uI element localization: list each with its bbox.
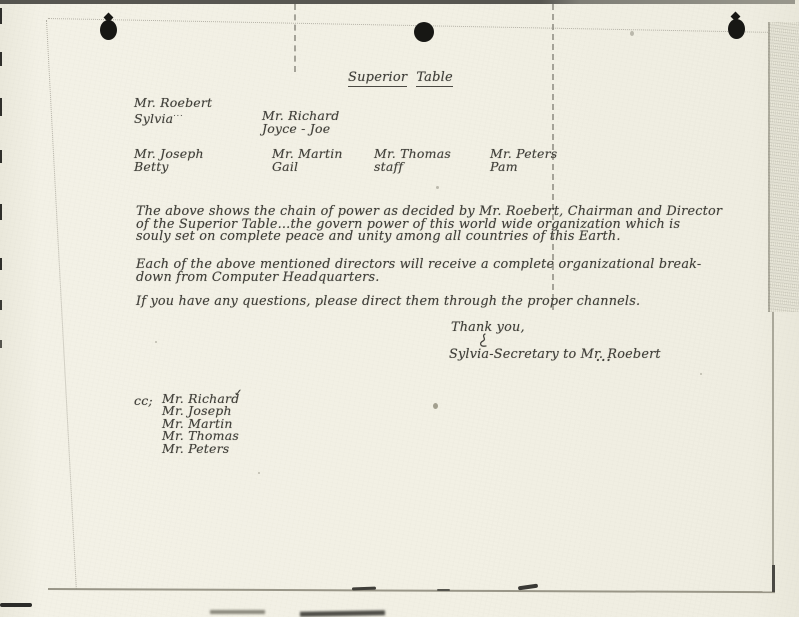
dust-speck	[630, 31, 634, 36]
scan-edge-bottom-dash	[0, 603, 32, 607]
cc-list: Mr. Richard Mr. Joseph Mr. Martin Mr. Th…	[162, 393, 239, 455]
org-cell-line1: Mr. Roebert	[134, 97, 212, 110]
inner-frame-top	[48, 18, 770, 33]
scan-edge-left-tick	[0, 340, 2, 348]
org-cell-marks: ···	[173, 112, 183, 120]
bottom-smudge	[300, 610, 385, 616]
page-title-word: Table	[416, 70, 453, 87]
scan-noise-band	[768, 22, 799, 312]
bottom-smudge	[210, 610, 265, 614]
cc-label: cc;	[134, 393, 153, 408]
org-cell-line2: Betty	[134, 161, 204, 174]
fold-line-left	[294, 4, 296, 72]
org-cell-line2: staff	[374, 161, 451, 174]
punch-hole	[728, 19, 745, 39]
signoff-signature: Sylvia-Secretary to Mr. Roebert	[449, 347, 661, 362]
org-cell-line2: Gail	[272, 161, 343, 174]
page-title-word: Superior	[348, 70, 407, 87]
inner-frame-right-dark	[772, 565, 775, 592]
scan-edge-left-tick	[0, 204, 2, 220]
page-title: SuperiorTable	[348, 70, 462, 87]
signature-initial-squiggle	[477, 333, 491, 348]
paragraph-1: The above shows the chain of power as de…	[136, 206, 736, 244]
org-cell-martin: Mr. Martin Gail	[272, 148, 343, 173]
dust-speck	[436, 186, 439, 189]
signoff-marks: ···	[596, 354, 612, 367]
inner-frame-right	[772, 312, 774, 567]
paragraph-2: Each of the above mentioned directors wi…	[136, 259, 736, 284]
scan-edge-left-tick	[0, 8, 2, 24]
scan-edge-left-tick	[0, 98, 2, 116]
org-cell-thomas: Mr. Thomas staff	[374, 148, 451, 173]
punch-hole	[414, 22, 434, 42]
paragraph-3: If you have any questions, please direct…	[136, 296, 736, 309]
scan-edge-left-tick	[0, 300, 2, 310]
scan-edge-top	[0, 0, 795, 4]
dust-speck	[433, 403, 438, 409]
scan-edge-left-tick	[0, 258, 2, 270]
dust-speck	[700, 373, 702, 375]
scan-edge-left-tick	[0, 150, 2, 163]
scanned-document-page: SuperiorTable Mr. Roebert Sylvia··· Mr. …	[0, 0, 799, 617]
org-cell-richard: Mr. Richard Joyce - Joe	[262, 110, 339, 135]
bottom-line-dash	[437, 589, 450, 591]
org-cell-line2: Pam	[490, 161, 557, 174]
org-cell-line2: Joyce - Joe	[262, 123, 339, 136]
scan-edge-left-tick	[0, 52, 2, 66]
org-cell-joseph: Mr. Joseph Betty	[134, 148, 204, 173]
inner-frame-left	[46, 20, 77, 589]
dust-speck	[155, 341, 157, 343]
cc-checkmark-icon: ✓	[234, 388, 243, 399]
dust-speck	[258, 472, 260, 474]
punch-hole	[100, 20, 117, 40]
org-cell-roebert: Mr. Roebert Sylvia···	[134, 97, 212, 125]
org-cell-peters: Mr. Peters Pam	[490, 148, 557, 173]
org-cell-line2: Sylvia···	[134, 110, 212, 126]
inner-frame-bottom	[48, 588, 775, 593]
